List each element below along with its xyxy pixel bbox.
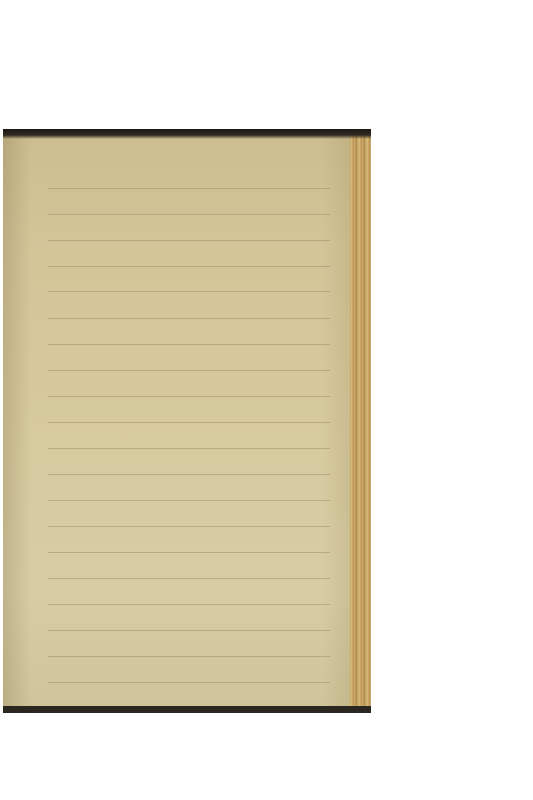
ledger-page (3, 134, 350, 706)
top-binding-shadow (3, 129, 371, 139)
page-edge-stack (350, 134, 371, 706)
